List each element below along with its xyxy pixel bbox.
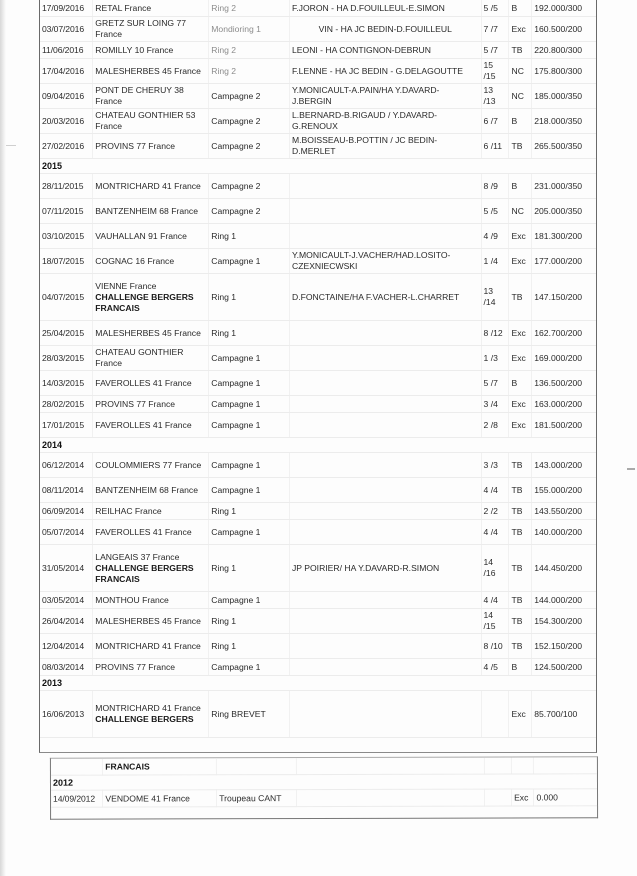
date-cell: 14/03/2015 [40,371,93,396]
location-text: LANGEAIS 37 France [95,552,206,563]
date-cell: 20/03/2016 [40,109,93,134]
score-cell: 177.000/200 [532,249,596,274]
qualifier-cell: Exc [509,413,532,438]
location-text: MONTRICHARD 41 France [95,703,206,714]
judges-cell [290,321,482,346]
results-table-continuation: FRANCAIS 2012 14/09/2012 VENDOME 41 Fran… [50,756,598,819]
judges-cell [290,396,482,413]
place-cell: 5 /7 [481,42,509,59]
year-header: 2013 [40,676,596,691]
date-cell: 09/04/2016 [40,84,93,109]
location-text: REILHAC France [95,506,206,517]
class-cell: Campagne 1 [209,371,290,396]
table-row: 03/05/2014MONTHOU FranceCampagne 14 /4TB… [40,592,596,609]
class-cell: Campagne 2 [209,174,290,199]
location-cell: GRETZ SUR LOING 77 France [93,17,209,42]
place-cell: 1 /3 [481,346,509,371]
judges-cell: LEONI - HA CONTIGNON-DEBRUN [290,42,482,59]
year-header: 2015 [40,159,596,174]
judges-cell: Y.MONICAULT-J.VACHER/HAD.LOSITO-CZEXNIEC… [290,249,482,274]
qualifier-cell: B [509,174,532,199]
location-cell: COGNAC 16 France [93,249,209,274]
judges-cell: Y.MONICAULT-A.PAIN/HA Y.DAVARD-J.BERGIN [290,84,482,109]
score-cell: 218.000/350 [532,109,596,134]
table-row: 03/07/2016GRETZ SUR LOING 77 FranceMondi… [40,17,596,42]
continuation-table: FRANCAIS 2012 14/09/2012 VENDOME 41 Fran… [51,757,597,807]
location-text: MONTRICHARD 41 France [95,181,206,192]
location-text: ROMILLY 10 France [95,45,206,56]
qualifier-cell: TB [509,592,532,609]
place-cell: 4 /4 [481,592,509,609]
class-cell: Ring 2 [209,42,290,59]
place-cell: 13 /13 [481,84,509,109]
judges-cell [290,224,482,249]
judges-cell: M.BOISSEAU-B.POTTIN / JC BEDIN-D.MERLET [290,134,482,159]
place-cell: 6 /7 [481,109,509,134]
location-cell: VIENNE FranceCHALLENGE BERGERS FRANCAIS [93,274,209,321]
qualifier-cell: B [509,659,532,676]
class-cell: Campagne 2 [209,109,290,134]
score-cell: 154.300/200 [532,609,596,634]
judges-cell: F.LENNE - HA JC BEDIN - G.DELAGOUTTE [290,59,482,84]
location-cell: CHATEAU GONTHIER 53 France [93,109,209,134]
table-row: 11/06/2016ROMILLY 10 FranceRing 2LEONI -… [40,42,596,59]
class-cell: Campagne 2 [209,134,290,159]
judges-cell [290,174,482,199]
qualifier-cell: TB [509,134,532,159]
score-cell: 162.700/200 [532,321,596,346]
date-cell: 03/05/2014 [40,592,93,609]
score-cell: 181.300/200 [532,224,596,249]
qualifier-cell: Exc [512,789,534,806]
judges-cell [296,789,484,806]
date-cell: 17/01/2015 [40,413,93,438]
location-text: RETAL France [95,3,206,14]
qualifier-cell: Exc [509,346,532,371]
year-label: 2012 [51,774,597,790]
location-cell: REILHAC France [93,503,209,520]
judges-cell [290,634,482,659]
place-cell: 8 /12 [481,321,509,346]
qualifier-cell: TB [509,520,532,545]
date-cell: 04/07/2015 [40,274,93,321]
class-cell: Campagne 1 [209,249,290,274]
results-table-page: 17/09/2016RETAL FranceRing 2F.JORON - HA… [39,0,597,753]
table-row: 06/09/2014REILHAC FranceRing 12 /2TB143.… [40,503,596,520]
location-text: CHATEAU GONTHIER France [95,347,206,369]
location-cell: MALESHERBES 45 France [93,59,209,84]
qualifier-cell: NC [509,199,532,224]
score-cell: 0.000 [534,789,597,806]
location-text: GRETZ SUR LOING 77 France [95,18,206,40]
score-cell: 265.500/350 [532,134,596,159]
location-cell: PROVINS 77 France [93,134,209,159]
table-row: 25/04/2015MALESHERBES 45 FranceRing 18 /… [40,321,596,346]
table-row: 20/03/2016CHATEAU GONTHIER 53 FranceCamp… [40,109,596,134]
score-cell: 169.000/200 [532,346,596,371]
date-cell: 25/04/2015 [40,321,93,346]
class-cell: Troupeau CANT [217,790,296,807]
place-cell: 3 /3 [481,453,509,478]
location-text: VIENNE France [95,281,206,292]
date-cell: 17/04/2016 [40,59,93,84]
date-cell: 08/11/2014 [40,478,93,503]
qualifier-cell: Exc [509,321,532,346]
judges-cell [290,520,482,545]
location-text: COGNAC 16 France [95,256,206,267]
table-row: FRANCAIS [51,757,597,775]
judges-cell [290,453,482,478]
event-title: CHALLENGE BERGERS FRANCAIS [95,292,206,314]
date-cell: 12/04/2014 [40,634,93,659]
score-cell: 192.000/300 [532,0,596,17]
location-text: PROVINS 77 France [95,662,206,673]
judges-cell [290,659,482,676]
date-cell: 26/04/2014 [40,609,93,634]
score-cell: 147.150/200 [532,274,596,321]
date-cell: 11/06/2016 [40,42,93,59]
table-row: 17/04/2016MALESHERBES 45 FranceRing 2F.L… [40,59,596,84]
table-row: 27/02/2016PROVINS 77 FranceCampagne 2M.B… [40,134,596,159]
table-row: 18/07/2015COGNAC 16 FranceCampagne 1Y.MO… [40,249,596,274]
qualifier-cell: TB [509,42,532,59]
score-cell: 163.000/200 [532,396,596,413]
location-text: MALESHERBES 45 France [95,66,206,77]
place-cell: 15 /15 [481,59,509,84]
location-cell: FAVEROLLES 41 France [93,413,209,438]
event-title: CHALLENGE BERGERS [95,714,206,725]
location-cell: PROVINS 77 France [93,659,209,676]
place-cell: 7 /7 [481,17,509,42]
score-cell: 85.700/100 [532,691,596,738]
results-body: 17/09/2016RETAL FranceRing 2F.JORON - HA… [40,0,596,738]
location-cell: BANTZENHEIM 68 France [93,478,209,503]
location-text: FAVEROLLES 41 France [95,378,206,389]
location-cell: MALESHERBES 45 France [93,609,209,634]
judges-cell [290,691,482,738]
score-cell: 185.000/350 [532,84,596,109]
score-cell: 175.800/300 [532,59,596,84]
date-cell: 06/09/2014 [40,503,93,520]
table-row: 14/09/2012 VENDOME 41 France Troupeau CA… [51,789,597,807]
qualifier-cell: Exc [509,249,532,274]
scan-mark [6,145,16,146]
class-cell: Ring 2 [209,0,290,17]
location-cell: PROVINS 77 France [93,396,209,413]
table-row: 26/04/2014MALESHERBES 45 FranceRing 114 … [40,609,596,634]
judges-cell: L.BERNARD-B.RIGAUD / Y.DAVARD-G.RENOUX [290,109,482,134]
qualifier-cell: TB [509,478,532,503]
score-cell: 231.000/350 [532,174,596,199]
date-cell: 08/03/2014 [40,659,93,676]
class-cell: Campagne 2 [209,84,290,109]
location-cell: FAVEROLLES 41 France [93,371,209,396]
class-cell: Campagne 1 [209,478,290,503]
qualifier-cell: TB [509,609,532,634]
location-cell: RETAL France [93,0,209,17]
class-cell: Campagne 1 [209,413,290,438]
score-cell: 143.000/200 [532,453,596,478]
date-cell: 18/07/2015 [40,249,93,274]
date-cell: 03/07/2016 [40,17,93,42]
place-cell: 5 /5 [481,199,509,224]
judges-cell [290,478,482,503]
place-cell: 2 /8 [481,413,509,438]
judges-cell: VIN - HA JC BEDIN-D.FOUILLEUL [290,17,482,42]
place-cell: 14 /16 [481,545,509,592]
qualifier-cell: NC [509,84,532,109]
class-cell: Campagne 1 [209,592,290,609]
location-text: FAVEROLLES 41 France [95,420,206,431]
class-cell: Ring 1 [209,634,290,659]
table-row: 12/04/2014MONTRICHARD 41 FranceRing 18 /… [40,634,596,659]
table-row: 08/11/2014BANTZENHEIM 68 FranceCampagne … [40,478,596,503]
location-text: PROVINS 77 France [95,141,206,152]
event-title-cont: FRANCAIS [103,758,217,775]
location-text: MALESHERBES 45 France [95,328,206,339]
score-cell: 136.500/200 [532,371,596,396]
date-cell: 14/09/2012 [51,790,103,807]
location-cell: VENDOME 41 France [103,790,217,807]
score-cell: 143.550/200 [532,503,596,520]
table-row: 31/05/2014LANGEAIS 37 FranceCHALLENGE BE… [40,545,596,592]
location-cell: ROMILLY 10 France [93,42,209,59]
class-cell: Ring 1 [209,274,290,321]
score-cell: 205.000/350 [532,199,596,224]
score-cell: 181.500/200 [532,413,596,438]
location-cell: LANGEAIS 37 FranceCHALLENGE BERGERS FRAN… [93,545,209,592]
class-cell: Ring 1 [209,224,290,249]
place-cell: 5 /5 [481,0,509,17]
place-cell: 8 /9 [481,174,509,199]
location-cell: CHATEAU GONTHIER France [93,346,209,371]
class-cell: Campagne 1 [209,659,290,676]
results-table: 17/09/2016RETAL FranceRing 2F.JORON - HA… [40,0,596,738]
score-cell: 144.000/200 [532,592,596,609]
location-text: MALESHERBES 45 France [95,616,206,627]
place-cell [481,691,509,738]
year-header: 2012 [51,774,597,790]
qualifier-cell: B [509,0,532,17]
date-cell: 28/02/2015 [40,396,93,413]
judges-cell: D.FONCTAINE/HA F.VACHER-L.CHARRET [290,274,482,321]
class-cell: Campagne 2 [209,199,290,224]
location-text: PROVINS 77 France [95,399,206,410]
class-cell: Campagne 1 [209,396,290,413]
date-cell: 07/11/2015 [40,199,93,224]
score-cell: 152.150/200 [532,634,596,659]
judges-cell [290,346,482,371]
location-text: BANTZENHEIM 68 France [95,206,206,217]
score-cell: 220.800/300 [532,42,596,59]
table-row: 05/07/2014FAVEROLLES 41 FranceCampagne 1… [40,520,596,545]
judges-cell [290,413,482,438]
place-cell [484,789,511,806]
qualifier-cell: TB [509,503,532,520]
location-text: FAVEROLLES 41 France [95,527,206,538]
place-cell: 5 /7 [481,371,509,396]
year-header: 2014 [40,438,596,453]
qualifier-cell: B [509,371,532,396]
table-row: 08/03/2014PROVINS 77 FranceCampagne 14 /… [40,659,596,676]
place-cell: 14 /15 [481,609,509,634]
location-text: COULOMMIERS 77 France [95,460,206,471]
class-cell: Ring 1 [209,609,290,634]
place-cell: 2 /2 [481,503,509,520]
judges-cell [290,592,482,609]
year-label: 2015 [40,159,596,174]
location-text: CHATEAU GONTHIER 53 France [95,110,206,132]
location-text: MONTHOU France [95,595,206,606]
place-cell: 4 /4 [481,520,509,545]
table-row: 17/01/2015FAVEROLLES 41 FranceCampagne 1… [40,413,596,438]
place-cell: 6 /11 [481,134,509,159]
location-cell: MONTRICHARD 41 FranceCHALLENGE BERGERS [93,691,209,738]
table-row: 16/06/2013MONTRICHARD 41 FranceCHALLENGE… [40,691,596,738]
qualifier-cell: B [509,109,532,134]
table-row: 04/07/2015VIENNE FranceCHALLENGE BERGERS… [40,274,596,321]
place-cell: 4 /5 [481,659,509,676]
qualifier-cell: TB [509,453,532,478]
class-cell: Ring 1 [209,503,290,520]
date-cell: 28/11/2015 [40,174,93,199]
location-cell: MALESHERBES 45 France [93,321,209,346]
place-cell: 8 /10 [481,634,509,659]
class-cell: Ring 1 [209,321,290,346]
date-cell: 06/12/2014 [40,453,93,478]
score-cell: 160.500/200 [532,17,596,42]
table-row: 14/03/2015FAVEROLLES 41 FranceCampagne 1… [40,371,596,396]
year-label: 2014 [40,438,596,453]
place-cell: 3 /4 [481,396,509,413]
location-cell: FAVEROLLES 41 France [93,520,209,545]
place-cell: 13 /14 [481,274,509,321]
date-cell: 16/06/2013 [40,691,93,738]
judges-cell [290,199,482,224]
qualifier-cell: TB [509,545,532,592]
place-cell: 1 /4 [481,249,509,274]
score-cell: 140.000/200 [532,520,596,545]
class-cell: Ring BREVET [209,691,290,738]
location-cell: COULOMMIERS 77 France [93,453,209,478]
table-row: 28/03/2015CHATEAU GONTHIER FranceCampagn… [40,346,596,371]
date-cell: 28/03/2015 [40,346,93,371]
judges-cell [290,609,482,634]
table-row: 06/12/2014COULOMMIERS 77 FranceCampagne … [40,453,596,478]
date-cell: 17/09/2016 [40,0,93,17]
table-row: 28/11/2015MONTRICHARD 41 FranceCampagne … [40,174,596,199]
class-cell: Campagne 1 [209,520,290,545]
location-cell: MONTRICHARD 41 France [93,174,209,199]
location-cell: VAUHALLAN 91 France [93,224,209,249]
location-text: BANTZENHEIM 68 France [95,485,206,496]
class-cell: Campagne 1 [209,346,290,371]
date-cell: 05/07/2014 [40,520,93,545]
location-text: PONT DE CHERUY 38 France [95,85,206,107]
table-row: 28/02/2015PROVINS 77 FranceCampagne 13 /… [40,396,596,413]
location-cell: MONTHOU France [93,592,209,609]
date-cell: 27/02/2016 [40,134,93,159]
place-cell: 4 /4 [481,478,509,503]
table-row: 03/10/2015VAUHALLAN 91 FranceRing 14 /9E… [40,224,596,249]
table-row: 17/09/2016RETAL FranceRing 2F.JORON - HA… [40,0,596,17]
judges-cell [290,503,482,520]
score-cell: 155.000/200 [532,478,596,503]
location-cell: BANTZENHEIM 68 France [93,199,209,224]
scan-shadow [0,0,6,876]
class-cell: Ring 1 [209,545,290,592]
location-cell: PONT DE CHERUY 38 France [93,84,209,109]
score-cell: 144.450/200 [532,545,596,592]
qualifier-cell: Exc [509,17,532,42]
qualifier-cell: Exc [509,224,532,249]
qualifier-cell: NC [509,59,532,84]
judges-cell: F.JORON - HA D.FOUILLEUL-E.SIMON [290,0,482,17]
score-cell: 124.500/200 [532,659,596,676]
table-row: 07/11/2015BANTZENHEIM 68 FranceCampagne … [40,199,596,224]
judges-cell: JP POIRIER/ HA Y.DAVARD-R.SIMON [290,545,482,592]
qualifier-cell: Exc [509,691,532,738]
date-cell: 03/10/2015 [40,224,93,249]
judges-cell [290,371,482,396]
qualifier-cell: TB [509,274,532,321]
event-title: CHALLENGE BERGERS FRANCAIS [95,563,206,585]
table-row: 09/04/2016PONT DE CHERUY 38 FranceCampag… [40,84,596,109]
place-cell: 4 /9 [481,224,509,249]
location-cell: MONTRICHARD 41 France [93,634,209,659]
location-text: MONTRICHARD 41 France [95,641,206,652]
class-cell: Ring 2 [209,59,290,84]
qualifier-cell: Exc [509,396,532,413]
scan-mark [627,468,635,470]
year-label: 2013 [40,676,596,691]
class-cell: Mondioring 1 [209,17,290,42]
class-cell: Campagne 1 [209,453,290,478]
qualifier-cell: TB [509,634,532,659]
date-cell: 31/05/2014 [40,545,93,592]
location-text: VAUHALLAN 91 France [95,231,206,242]
